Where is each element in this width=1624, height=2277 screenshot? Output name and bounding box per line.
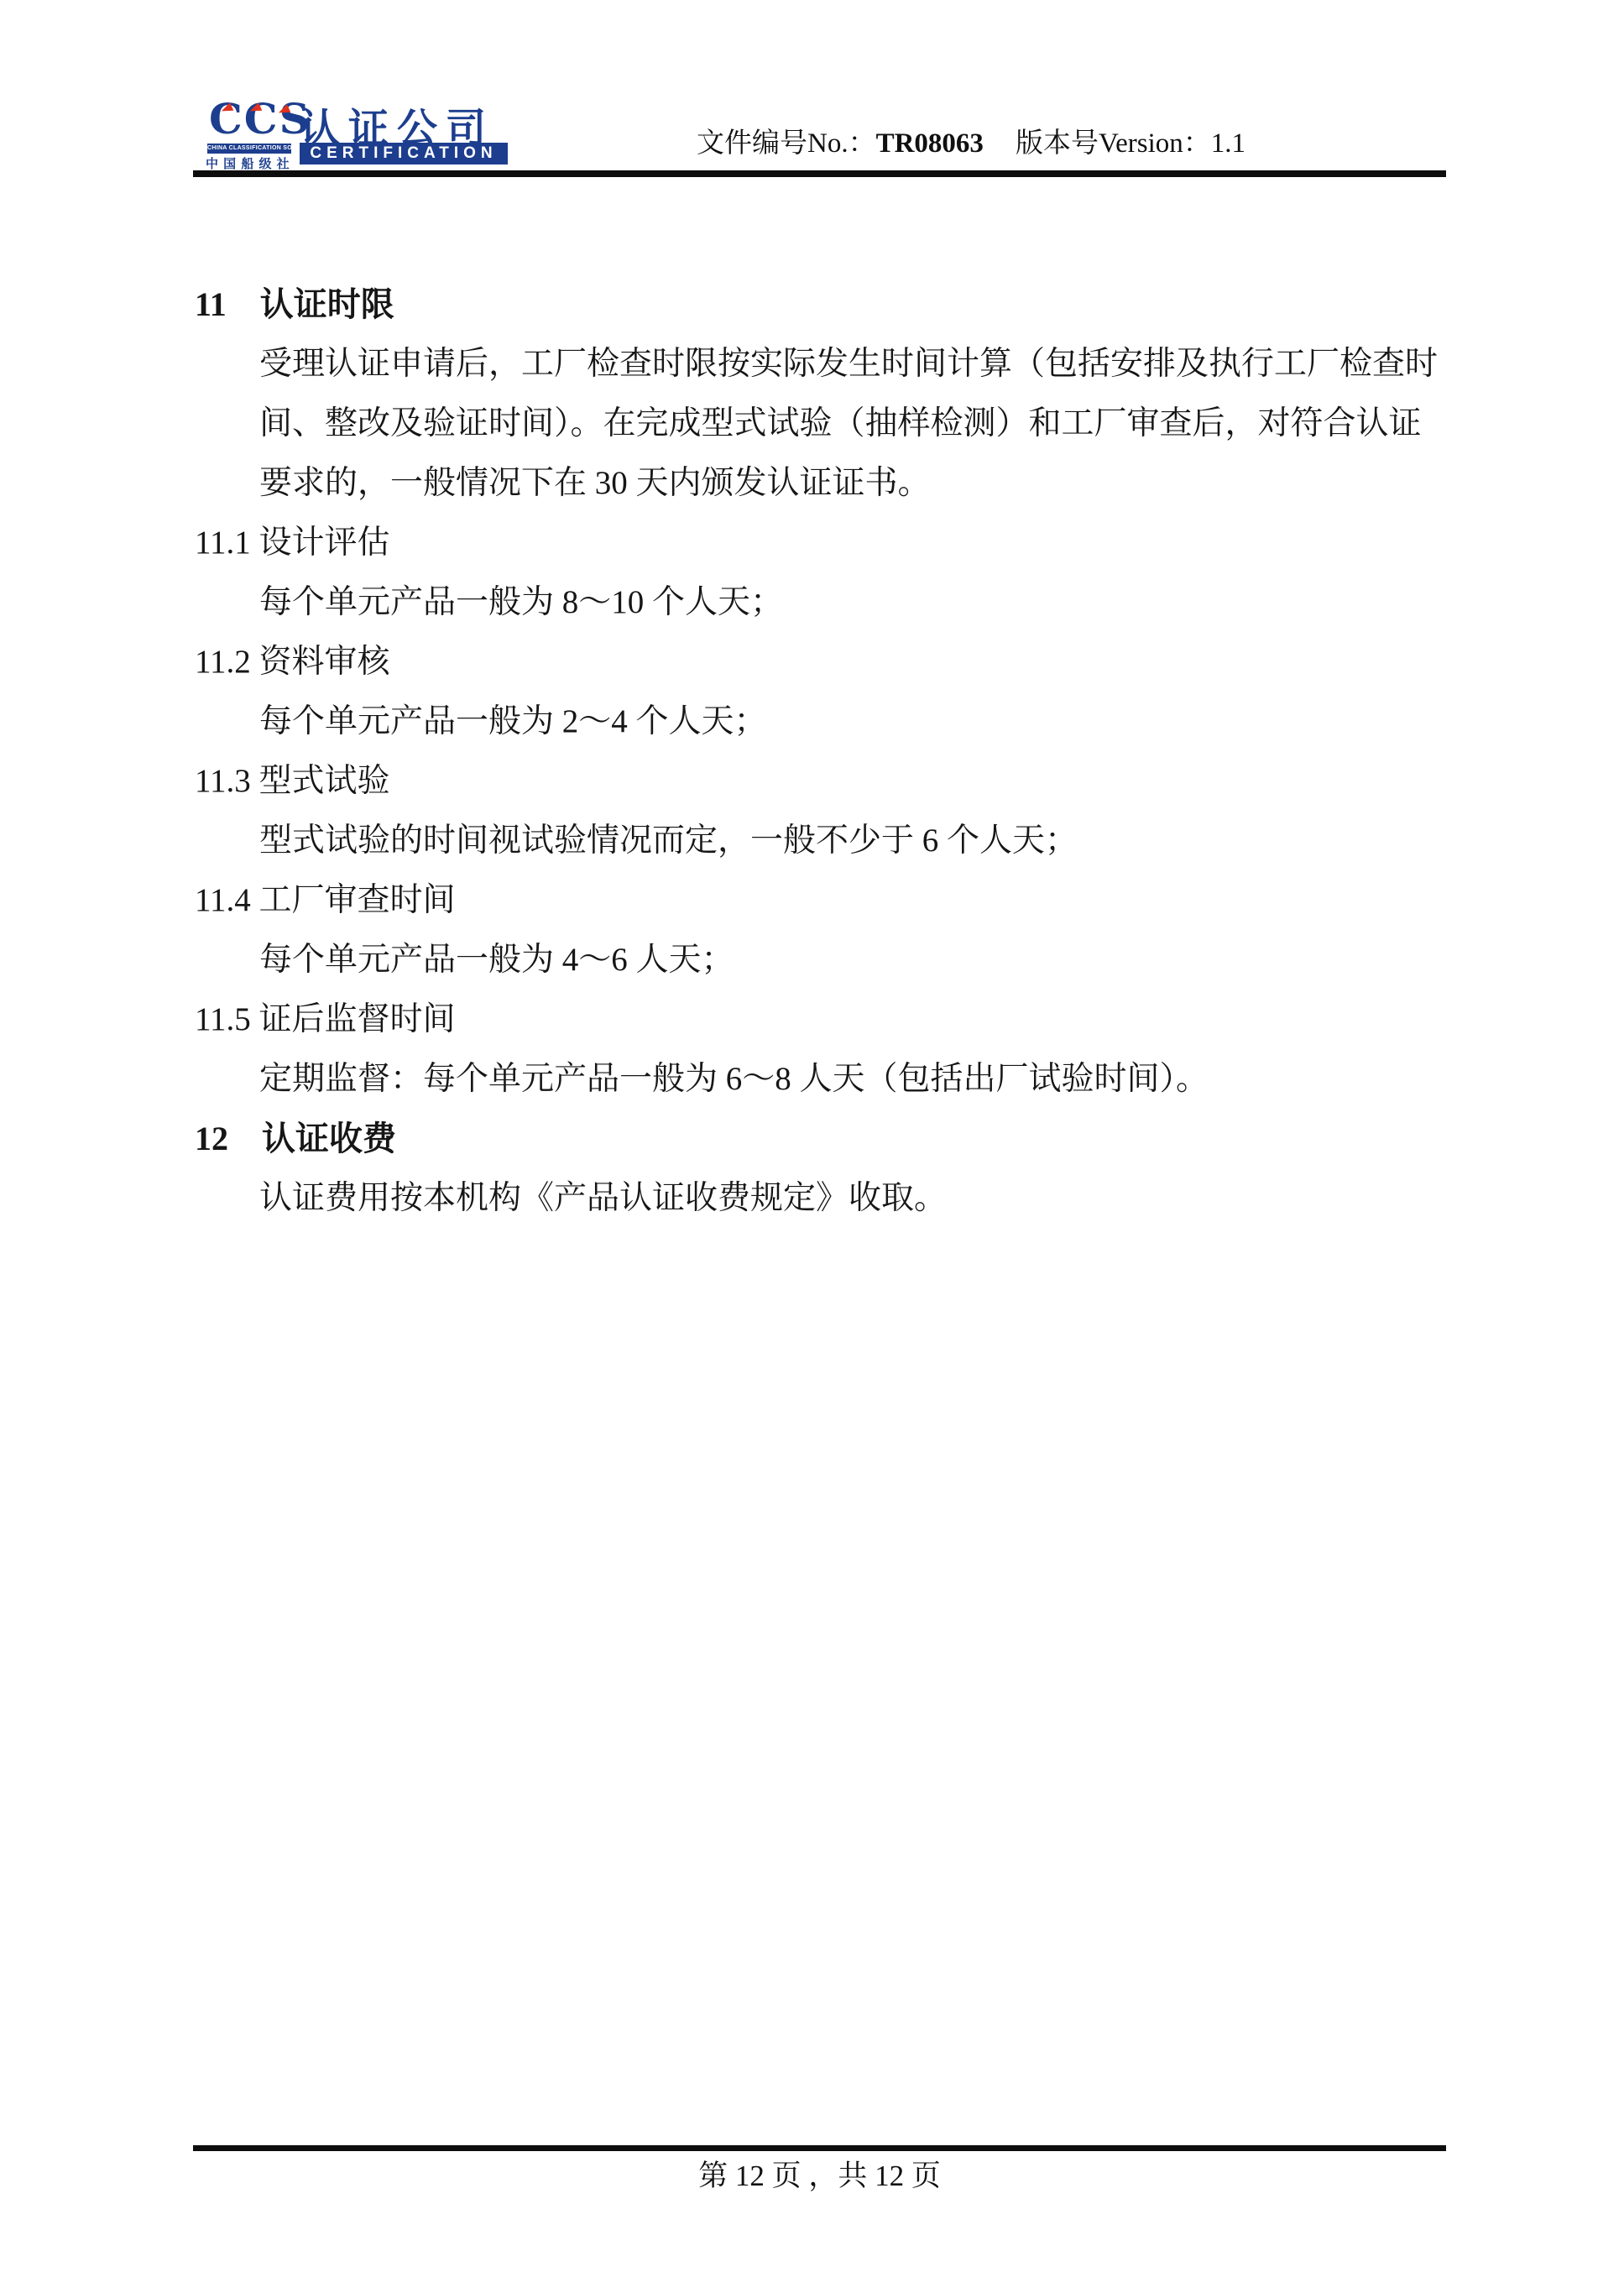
certification-english-banner: CERTIFICATION <box>300 143 508 165</box>
version-value: 1.1 <box>1211 128 1245 159</box>
header-rule <box>193 170 1446 177</box>
body-line: 认证费用按本机构《产品认证收费规定》收取。 <box>195 1168 1454 1228</box>
subsection-heading-11-1: 11.1 设计评估 <box>195 513 1454 572</box>
subsection-heading-11-5: 11.5 证后监督时间 <box>195 990 1454 1049</box>
body-line: 每个单元产品一般为 8～10 个人天； <box>195 572 1454 632</box>
society-english-banner: CHINA CLASSIFICATION SOCIETY <box>207 144 291 154</box>
subsection-heading-11-3: 11.3 型式试验 <box>195 751 1454 811</box>
body-line: 每个单元产品一般为 2～4 个人天； <box>195 692 1454 751</box>
paragraph-line: 间、整改及验证时间）。在完成型式试验（抽样检测）和工厂审查后，对符合认证 <box>195 394 1454 453</box>
ccs-logo: CCS CHINA CLASSIFICATION SOCIETY 中 国 船 级… <box>206 101 509 170</box>
ccs-wordmark: CCS <box>209 94 311 144</box>
document-page: CCS CHINA CLASSIFICATION SOCIETY 中 国 船 级… <box>0 0 1624 2277</box>
document-meta-line: 文件编号No.：TR08063版本号Version：1.1 <box>697 126 1435 161</box>
society-chinese-name: 中 国 船 级 社 <box>206 154 293 172</box>
subsection-heading-11-2: 11.2 资料审核 <box>195 632 1454 692</box>
body-line: 型式试验的时间视试验情况而定，一般不少于 6 个人天； <box>195 811 1454 870</box>
body-line: 每个单元产品一般为 4～6 人天； <box>195 930 1454 990</box>
version-label: 版本号Version： <box>1016 128 1211 159</box>
subsection-heading-11-4: 11.4 工厂审查时间 <box>195 870 1454 930</box>
section-heading-12: 12 认证收费 <box>195 1109 1454 1168</box>
doc-number-label: 文件编号No.： <box>697 128 876 159</box>
page-number: 第 12 页 ，共 12 页 <box>193 2150 1446 2202</box>
document-body: 11 认证时限 受理认证申请后，工厂检查时限按实际发生时间计算（包括安排及执行工… <box>195 274 1454 1228</box>
paragraph-line: 要求的，一般情况下在 30 天内颁发认证证书。 <box>195 453 1454 513</box>
body-line: 定期监督：每个单元产品一般为 6～8 人天（包括出厂试验时间）。 <box>195 1049 1454 1109</box>
section-heading-11: 11 认证时限 <box>195 274 1454 334</box>
paragraph-line: 受理认证申请后，工厂检查时限按实际发生时间计算（包括安排及执行工厂检查时 <box>195 334 1454 394</box>
doc-number-value: TR08063 <box>876 128 984 159</box>
